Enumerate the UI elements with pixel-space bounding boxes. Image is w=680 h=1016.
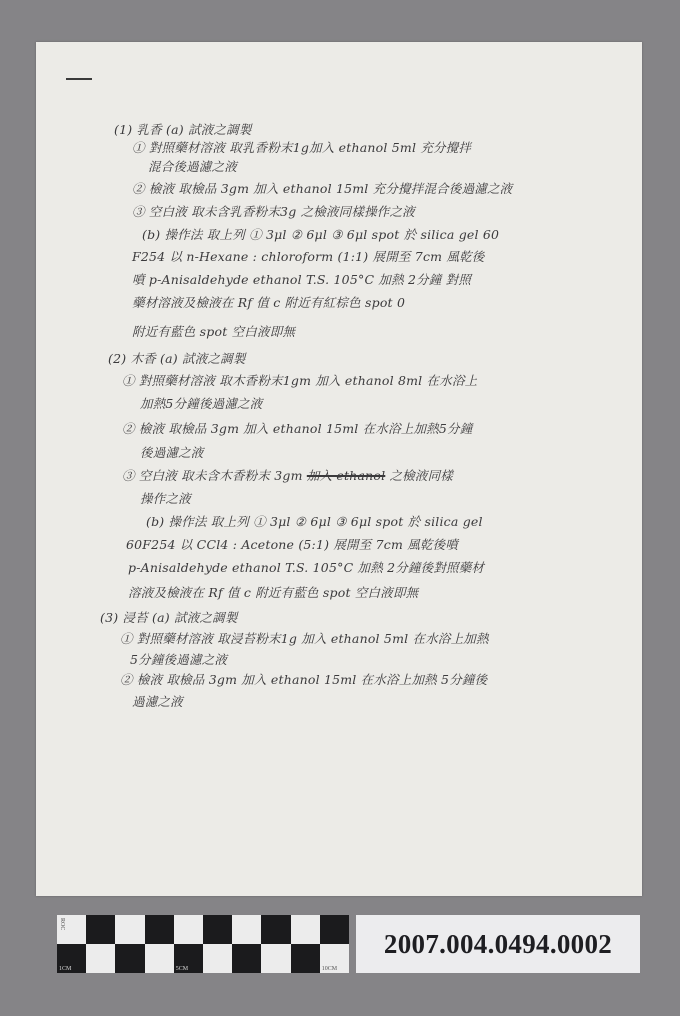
- scale-cell: 5CM: [174, 944, 203, 973]
- handwritten-line: 藥材溶液及檢液在 Rf 值 c 附近有紅棕色 spot 0: [132, 293, 405, 311]
- struck-through-text: 加入 ethanol: [307, 468, 385, 483]
- scale-cell: [115, 915, 144, 944]
- handwritten-line: ① 對照藥材溶液 取乳香粉末1g加入 ethanol 5ml 充分攪拌: [132, 138, 471, 156]
- scale-cell: [203, 944, 232, 973]
- handwritten-document-page: (1) 乳香 (a) 試液之調製① 對照藥材溶液 取乳香粉末1g加入 ethan…: [36, 42, 642, 896]
- scale-cell: [261, 944, 290, 973]
- scale-label: 1CM: [59, 966, 71, 972]
- scale-cell: [86, 944, 115, 973]
- handwritten-line: 溶液及檢液在 Rf 值 c 附近有藍色 spot 空白液即無: [128, 583, 418, 601]
- scale-label: 5CM: [176, 966, 188, 972]
- scale-cell: 1CM: [57, 944, 86, 973]
- handwritten-line: ② 檢液 取檢品 3gm 加入 ethanol 15ml 充分攪拌混合後過濾之液: [132, 179, 512, 197]
- handwritten-line: 噴 p-Anisaldehyde ethanol T.S. 105°C 加熱 2…: [132, 270, 471, 288]
- handwritten-line: p-Anisaldehyde ethanol T.S. 105°C 加熱 2分鐘…: [128, 558, 484, 576]
- handwritten-line: ② 檢液 取檢品 3gm 加入 ethanol 15ml 在水浴上加熱 5分鐘後: [120, 670, 487, 688]
- handwritten-line: 加熱5分鐘後過濾之液: [140, 394, 262, 412]
- scale-cell: ROC: [57, 915, 86, 944]
- catalog-number: 2007.004.0494.0002: [384, 929, 612, 960]
- handwritten-line: 操作之液: [140, 489, 191, 507]
- handwritten-line: (b) 操作法 取上列 ① 3μl ② 6μl ③ 6μl spot 於 sil…: [146, 512, 483, 530]
- handwritten-line: (3) 浸苔 (a) 試液之調製: [100, 608, 238, 626]
- scale-cell: [86, 915, 115, 944]
- handwritten-line: 附近有藍色 spot 空白液即無: [132, 322, 295, 340]
- scale-cell: [232, 944, 261, 973]
- scale-cell: [145, 944, 174, 973]
- handwritten-line: F254 以 n-Hexane : chloroform (1:1) 展開至 7…: [132, 247, 485, 265]
- scale-cell: [320, 915, 349, 944]
- handwritten-line: ③ 空白液 取未含木香粉末 3gm 加入 ethanol 之檢液同樣: [122, 466, 453, 484]
- scale-cell: [145, 915, 174, 944]
- handwritten-line: ③ 空白液 取未含乳香粉末3g 之檢液同樣操作之液: [132, 202, 415, 220]
- scale-cell: [291, 944, 320, 973]
- scale-label: 10CM: [322, 966, 337, 972]
- handwritten-line: ① 對照藥材溶液 取木香粉末1gm 加入 ethanol 8ml 在水浴上: [122, 371, 477, 389]
- scale-cell: 10CM: [320, 944, 349, 973]
- page-number-mark: [66, 78, 92, 80]
- handwritten-line: (1) 乳香 (a) 試液之調製: [114, 120, 252, 138]
- scale-cell: [174, 915, 203, 944]
- handwritten-line: ② 檢液 取檢品 3gm 加入 ethanol 15ml 在水浴上加熱5分鐘: [122, 419, 472, 437]
- scale-cell: [232, 915, 261, 944]
- scale-cell: [291, 915, 320, 944]
- handwritten-line: 5分鐘後過濾之液: [130, 650, 227, 668]
- handwritten-line: 過濾之液: [132, 692, 183, 710]
- handwritten-line: (b) 操作法 取上列 ① 3μl ② 6μl ③ 6μl spot 於 sil…: [142, 225, 499, 243]
- scale-cell: [115, 944, 144, 973]
- handwritten-line: ① 對照藥材溶液 取浸苔粉末1g 加入 ethanol 5ml 在水浴上加熱: [120, 629, 489, 647]
- color-scale-bar: ROC1CM5CM10CM: [57, 915, 349, 973]
- catalog-label: 2007.004.0494.0002: [356, 915, 640, 973]
- handwritten-line: 後過濾之液: [140, 443, 204, 461]
- scale-cell: [203, 915, 232, 944]
- handwritten-line: 60F254 以 CCl4 : Acetone (5:1) 展開至 7cm 風乾…: [126, 535, 458, 553]
- handwritten-line: (2) 木香 (a) 試液之調製: [108, 349, 246, 367]
- scale-cell: [261, 915, 290, 944]
- handwritten-line: 混合後過濾之液: [148, 157, 237, 175]
